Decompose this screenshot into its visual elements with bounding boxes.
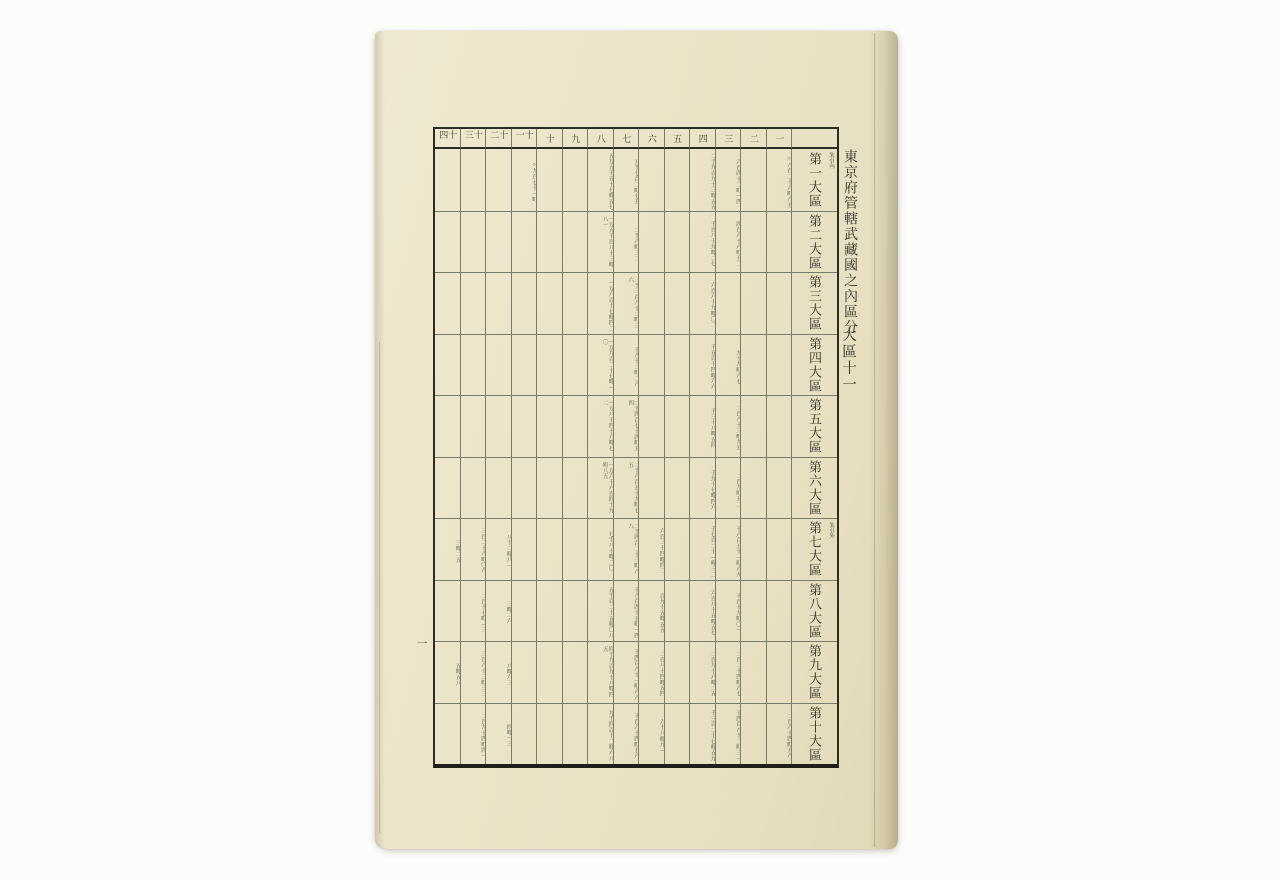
table-cell: 三百二十八町〇八 [461,518,487,580]
table-cell [461,334,487,396]
table-cell: 九十九町六七 [716,334,742,396]
table-cell: 六百八十五町五七 [690,580,716,642]
table-cell [665,518,691,580]
table-cell: 千七百二十一町三二 [690,518,716,580]
district-table: 十四十三十二十一十九八七六五四三二一○九百七十一町五万五千五十七町五七五千七百二… [433,127,839,768]
table-cell [537,641,563,703]
column-header: 十一 [512,129,538,149]
row-annotation: 朱引外 [827,522,835,539]
table-cell [741,518,767,580]
table-cell [767,334,793,396]
table-cell [639,395,665,457]
column-header: 一 [767,129,793,149]
table-cell [537,149,563,211]
table-cell [537,211,563,273]
row-header: 第六大區 [792,457,837,519]
page-left-edge-line [379,342,380,833]
table-cell: 六十八町九一 [639,703,665,765]
column-header: 十 [537,129,563,149]
table-cell: 千三十八町五四 [690,395,716,457]
table-cell [435,272,461,334]
table-cell [741,211,767,273]
table-cell [767,395,793,457]
page-right-edge [868,31,898,849]
table-cell [563,580,589,642]
table-cell: 一万六百十七町四二 [588,272,614,334]
row-header-label: 第七大區 [808,521,821,577]
table-cell [767,457,793,519]
table-cell: 一万五千百八十三町八一 [588,211,614,273]
row-header: 第十大區 [792,703,837,765]
table-cell [563,211,589,273]
page-number: 一 [414,635,430,651]
table-cell: 四町一三 [486,703,512,765]
table-cell [665,272,691,334]
table-cell: 九千四百十二町六八 [588,703,614,765]
table-cell [461,395,487,457]
table-cell: 五千七百二町七五 [614,149,640,211]
table-cell: 二百十七町一三 [461,580,487,642]
table-cell [461,149,487,211]
column-header: 四 [690,129,716,149]
table-cell: 千百六十四町五六 [614,703,640,765]
scanned-page: 東京府管轄武藏國之內區分 大區十一 一 十四十三十二十一十九八七六五四三二一○九… [375,31,898,849]
row-header-label: 第五大區 [808,398,821,454]
document-subtitle: 大區十一 [837,327,859,393]
table-cell [435,149,461,211]
table-cell [665,149,691,211]
table-cell: 二百八十四町五四 [639,641,665,703]
page-left-edge [375,31,385,849]
table-cell: 六百三十四町四二 [639,518,665,580]
table-cell [741,580,767,642]
table-cell [435,334,461,396]
table-cell [665,703,691,765]
table-cell [665,334,691,396]
table-cell [639,149,665,211]
table-cell: 八町六三 [486,641,512,703]
table-cell: 千四百八十一町六六 [614,641,640,703]
table-cell [537,518,563,580]
row-header: 第二大區 [792,211,837,273]
table-cell: ○八百二十六町八五 [767,149,793,211]
table-cell [563,149,589,211]
table-cell [486,211,512,273]
table-cell: 二千四百七十四町五四 [614,395,640,457]
row-header-label: 第一大區 [808,152,821,208]
column-header: 三 [716,129,742,149]
table-cell [461,211,487,273]
table-cell [486,334,512,396]
table-cell [563,395,589,457]
table-cell [537,457,563,519]
row-header-label: 第二大區 [808,214,821,270]
table-cell [665,580,691,642]
table-cell: 千三百二十七町五九 [690,703,716,765]
table-cell: 五千百二十五町〇八 [588,580,614,642]
table-cell: 七千八十町二〇 [588,518,614,580]
table-cell: 二千八町三二 [614,211,640,273]
table-cell: 二百九町五二 [716,457,742,519]
table-cell [767,211,793,273]
table-cell [537,334,563,396]
row-header-label: 第六大區 [808,460,821,516]
corner-cell [792,129,837,149]
table-cell [512,457,538,519]
table-cell: 三千三百八十二町三六 [614,272,640,334]
table-cell: 三町二六 [486,580,512,642]
table-cell [741,641,767,703]
row-header: 朱引內第一大區 [792,149,837,211]
table-cell: 五万五千五十七町五七 [588,149,614,211]
table-cell [639,211,665,273]
table-cell [639,457,665,519]
table-cell [512,272,538,334]
table-cell: ○九百七十一町 [512,149,538,211]
table-cell: 二百九十四町四一 [461,703,487,765]
table-cell [461,457,487,519]
row-header: 第八大區 [792,580,837,642]
column-header: 五 [665,129,691,149]
row-header: 第九大區 [792,641,837,703]
table-cell [537,580,563,642]
table-cell [563,457,589,519]
table-cell [767,580,793,642]
table-cell [537,272,563,334]
table-cell: 二千九百九十三町五五 [690,149,716,211]
table-cell: 一万八千四十六町七二 [588,395,614,457]
table-cell [512,395,538,457]
table-cell [563,518,589,580]
table-cell [537,703,563,765]
row-header: 第五大區 [792,395,837,457]
column-header: 八 [588,129,614,149]
table-cell [716,272,742,334]
column-header: 十二 [486,129,512,149]
table-cell: 千八十二町二八 [614,334,640,396]
table-cell [435,211,461,273]
table-cell [665,211,691,273]
table-cell: 五町五八 [435,641,461,703]
row-annotation: 朱引內 [827,152,835,169]
column-header: 九 [563,129,589,149]
table-cell [639,272,665,334]
table-cell [486,457,512,519]
table-cell [563,334,589,396]
table-cell: 二百八十三町九五 [716,395,742,457]
table-cell: 二百二十四町六七 [716,641,742,703]
table-cell [537,395,563,457]
table-cell [741,703,767,765]
table-cell [486,395,512,457]
table-cell [435,580,461,642]
table-cell [741,272,767,334]
table-cell: 千六百五十一町六九 [716,518,742,580]
row-header-label: 第八大區 [808,583,821,639]
table-cell: 二百六十四町五八 [767,703,793,765]
table-cell [767,272,793,334]
row-header-label: 第九大區 [808,644,821,700]
table-cell: 一万九百二十七町一〇 [588,334,614,396]
column-header: 二 [741,129,767,149]
row-header-label: 第十大區 [808,706,821,762]
table-cell [665,641,691,703]
table-cell [563,703,589,765]
column-header: 十四 [435,129,461,149]
table-cell: 四百六十六町五二 [716,211,742,273]
table-cell [741,457,767,519]
table-cell [435,457,461,519]
table-cell [435,395,461,457]
row-header-label: 第三大區 [808,275,821,331]
table-cell [665,395,691,457]
table-cell [486,149,512,211]
table-cell: 二百九十六町二五 [690,641,716,703]
table-cell: 三町二五 [435,518,461,580]
table-cell [512,703,538,765]
table-cell [563,641,589,703]
table-cell: 六百六十九町〇二 [690,272,716,334]
table-cell: 千四百八十二町三一 [716,703,742,765]
table-cell [512,518,538,580]
table-cell [741,395,767,457]
table-cell: 千五百十四町六六 [690,334,716,396]
page-right-edge-line [874,33,875,847]
table-cell [512,641,538,703]
table-cell [741,334,767,396]
table-cell [563,272,589,334]
table-cell [461,272,487,334]
column-header: 七 [614,129,640,149]
row-header: 第四大區 [792,334,837,396]
table-cell [486,272,512,334]
table-cell [767,641,793,703]
row-header-label: 第四大區 [808,337,821,393]
table-cell: 三百八十三町三三 [461,641,487,703]
table-cell: 四千九百九十八町四五 [588,641,614,703]
table-cell: 一万六千六百四十九町八五 [588,457,614,519]
table-cell: 八十二町八一 [486,518,512,580]
table-cell [512,334,538,396]
column-header: 十三 [461,129,487,149]
table-cell: 千八百四十五町一四 [614,580,640,642]
table-cell: 千九十七町四六 [690,457,716,519]
table-cell [767,518,793,580]
table-cell: 千百十九町〇一 [716,580,742,642]
table-cell: 二千四百二十三町八八 [614,518,640,580]
table-cell [741,149,767,211]
table-cell: 百九十五町五五 [639,580,665,642]
table-cell [512,211,538,273]
document-title: 東京府管轄武藏國之內區分 [837,149,859,335]
table-cell: 六百四十二町一四 [716,149,742,211]
column-header: 六 [639,129,665,149]
table-cell [665,457,691,519]
table-cell: 千百八十九町二七 [690,211,716,273]
row-header: 第三大區 [792,272,837,334]
table-cell [639,334,665,396]
table-cell: 二千六百五十九町七五 [614,457,640,519]
row-header: 朱引外第七大區 [792,518,837,580]
table-cell [435,703,461,765]
table-cell [512,580,538,642]
